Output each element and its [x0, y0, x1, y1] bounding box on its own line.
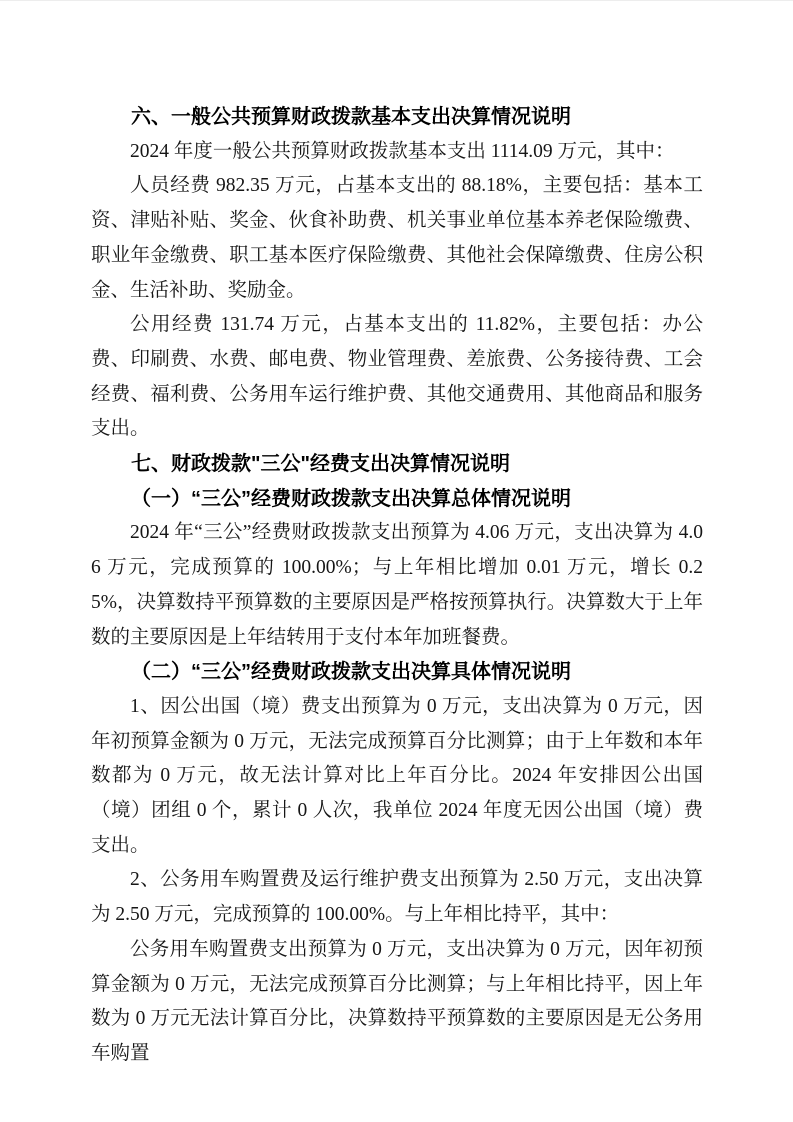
- heading-sub-two-specific-situation: （二）“三公”经费财政拨款支出决算具体情况说明: [91, 655, 703, 690]
- document-page: 六、一般公共预算财政拨款基本支出决算情况说明 2024 年度一般公共预算财政拨款…: [0, 0, 793, 1122]
- para-sangong-overall-explanation: 2024 年“三公”经费财政拨款支出预算为 4.06 万元，支出决算为 4.06…: [91, 516, 703, 655]
- para-personnel-expenses: 人员经费 982.35 万元，占基本支出的 88.18%，主要包括：基本工资、津…: [91, 169, 703, 308]
- document-content: 六、一般公共预算财政拨款基本支出决算情况说明 2024 年度一般公共预算财政拨款…: [91, 100, 703, 1072]
- heading-section-six-basic-expenditure: 六、一般公共预算财政拨款基本支出决算情况说明: [91, 100, 703, 135]
- para-official-vehicle-total: 2、公务用车购置费及运行维护费支出预算为 2.50 万元，支出决算为 2.50 …: [91, 863, 703, 932]
- para-basic-expenditure-total: 2024 年度一般公共预算财政拨款基本支出 1114.09 万元，其中：: [91, 135, 703, 170]
- para-public-operating-expenses: 公用经费 131.74 万元，占基本支出的 11.82%，主要包括：办公费、印刷…: [91, 308, 703, 447]
- para-overseas-travel-expenses: 1、因公出国（境）费支出预算为 0 万元，支出决算为 0 万元，因年初预算金额为…: [91, 690, 703, 864]
- heading-sub-one-overall-situation: （一）“三公”经费财政拨款支出决算总体情况说明: [91, 482, 703, 517]
- para-vehicle-purchase-detail: 公务用车购置费支出预算为 0 万元，支出决算为 0 万元，因年初预算金额为 0 …: [91, 933, 703, 1072]
- heading-section-seven-sangong-expenses: 七、财政拨款"三公"经费支出决算情况说明: [91, 447, 703, 482]
